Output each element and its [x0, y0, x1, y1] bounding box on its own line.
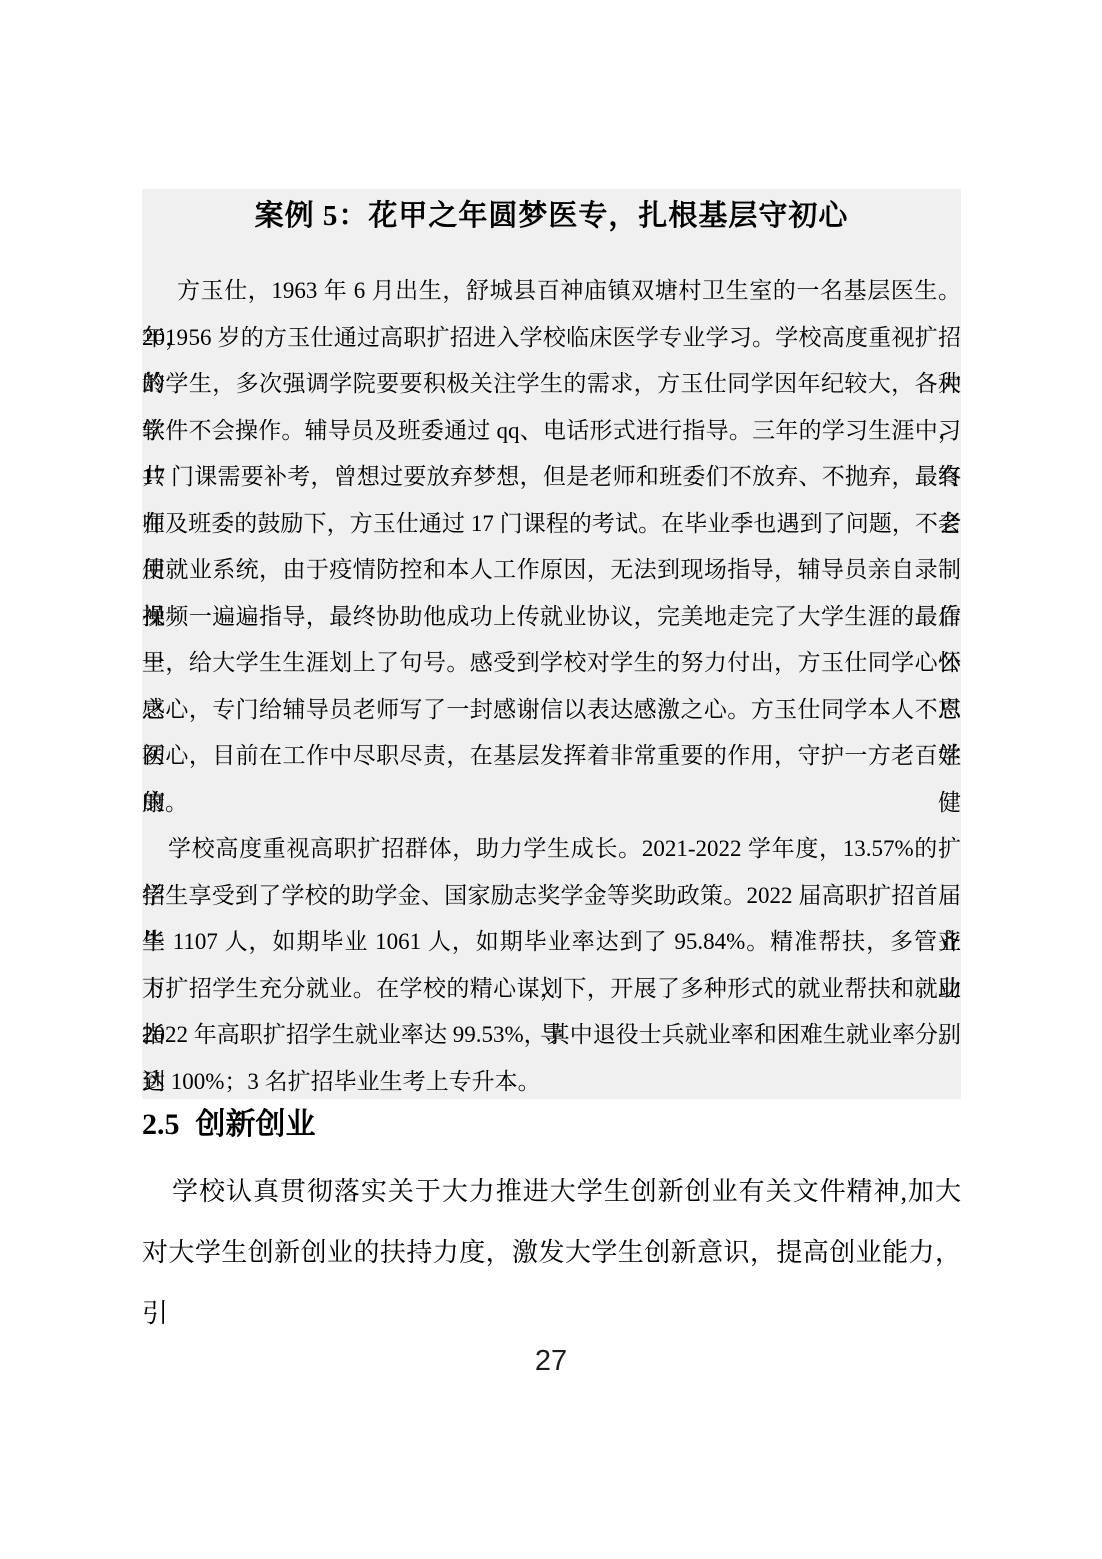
section-paragraph-line: 学校认真贯彻落实关于大力推进大学生创新创业有关文件精神,加大	[142, 1161, 961, 1222]
case-body-line: 师及班委的鼓励下，方玉仕通过 17 门课程的考试。在毕业季也遇到了问题，不会使	[142, 501, 961, 548]
case-body-line: 17 门课需要补考，曾想过要放弃梦想，但是老师和班委们不放弃、不抛弃，最终在老	[142, 454, 961, 501]
case-body-line: 学生享受到了学校的助学金、国家励志奖学金等奖助政策。2022 届高职扩招首届毕业	[142, 873, 961, 920]
document-page: 案例 5：花甲之年圆梦医专，扎根基层守初心 方玉仕，1963 年 6 月出生，舒…	[0, 0, 1102, 1559]
case-title: 案例 5：花甲之年圆梦医专，扎根基层守初心	[142, 189, 961, 236]
section-title: 创新创业	[196, 1108, 316, 1141]
page-number: 27	[0, 1345, 1102, 1378]
section-paragraph-line: 对大学生创新创业的扶持力度，激发大学生创新意识，提高创业能力，引	[142, 1222, 961, 1283]
case-body-line: 2022 年高职扩招学生就业率达 99.53%，其中退役士兵就业率和困难生就业率…	[142, 1012, 961, 1059]
case-body-line: 生 1107 人，如期毕业 1061 人，如期毕业率达到了 95.84%。精准帮…	[142, 919, 961, 966]
section-heading: 2.5创新创业	[142, 1108, 316, 1142]
case-body-line: 力扩招学生充分就业。在学校的精心谋划下，开展了多种形式的就业帮扶和就业指导。	[142, 966, 961, 1013]
case-body-line: 龄学生，多次强调学院要要积极关注学生的需求，方玉仕同学因年纪较大，各种学习	[142, 361, 961, 408]
case-body-line: 初心，目前在工作中尽职尽责，在基层发挥着非常重要的作用，守护一方老百姓的健	[142, 733, 961, 780]
case-body-line: 方玉仕，1963 年 6 月出生，舒城县百神庙镇双塘村卫生室的一名基层医生。20…	[142, 268, 961, 315]
section-paragraph: 学校认真贯彻落实关于大力推进大学生创新创业有关文件精神,加大 对大学生创新创业的…	[142, 1161, 961, 1283]
case-body-line: 之心，专门给辅导员老师写了一封感谢信以表达感激之心。方玉仕同学本人不忘医学	[142, 687, 961, 734]
case-body: 方玉仕，1963 年 6 月出生，舒城县百神庙镇双塘村卫生室的一名基层医生。20…	[142, 268, 961, 1105]
case-body-line: 年，56 岁的方玉仕通过高职扩招进入学校临床医学专业学习。学校高度重视扩招的大	[142, 315, 961, 362]
case-body-line: 里，给大学生生涯划上了句号。感受到学校对学生的努力付出，方玉仕同学心怀感恩	[142, 640, 961, 687]
case-study-box: 案例 5：花甲之年圆梦医专，扎根基层守初心 方玉仕，1963 年 6 月出生，舒…	[142, 189, 961, 1099]
case-body-line: 视频一遍遍指导，最终协助他成功上传就业协议，完美地走完了大学生涯的最后一公	[142, 594, 961, 641]
case-body-line: 学校高度重视高职扩招群体，助力学生成长。2021-2022 学年度，13.57%…	[142, 826, 961, 873]
case-body-line: 到 100%；3 名扩招毕业生考上专升本。	[142, 1059, 961, 1106]
case-body-line: 用就业系统，由于疫情防控和本人工作原因，无法到现场指导，辅导员亲自录制操作	[142, 547, 961, 594]
case-body-line: 软件不会操作。辅导员及班委通过 qq、电话形式进行指导。三年的学习生涯中，共有	[142, 408, 961, 455]
section-number: 2.5	[142, 1108, 180, 1141]
